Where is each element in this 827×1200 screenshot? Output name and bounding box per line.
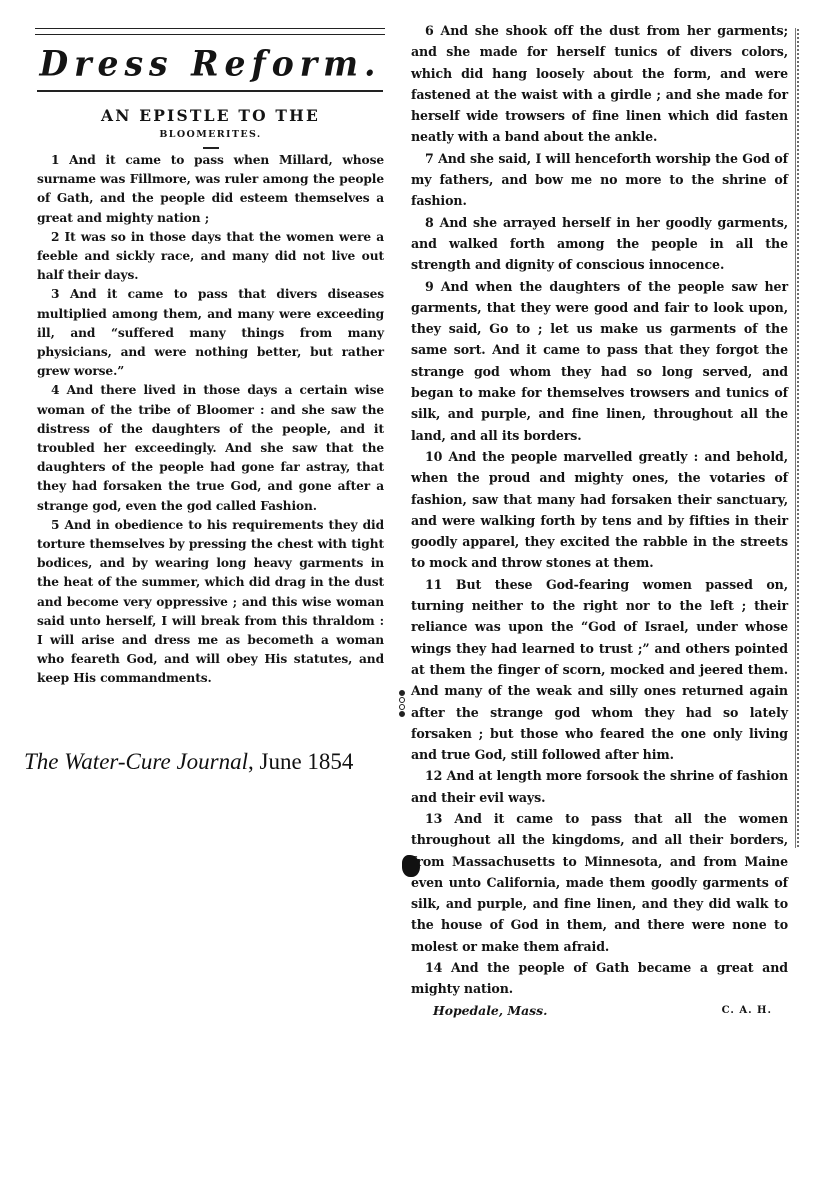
verse-6: 6 And she shook off the dust from her ga…: [411, 20, 788, 148]
newspaper-page: Dress Reform. AN EPISTLE TO THE BLOOMERI…: [0, 0, 827, 1200]
publication-date: , June 1854: [248, 749, 353, 774]
journal-name: The Water-Cure Journal: [24, 749, 248, 774]
column-border-ornament: [795, 28, 800, 848]
verse-3: 3 And it came to pass that divers diseas…: [37, 285, 384, 381]
ink-blot: [402, 855, 420, 877]
verse-2: 2 It was so in those days that the women…: [37, 228, 384, 286]
verse-5: 5 And in obedience to his requirements t…: [37, 516, 384, 689]
article-subtitle: BLOOMERITES.: [37, 129, 384, 140]
header-rule: [37, 90, 383, 92]
verse-9: 9 And when the daughters of the people s…: [411, 276, 788, 446]
verse-10: 10 And the people marvelled greatly : an…: [411, 446, 788, 574]
signoff: Hopedale, Mass. C. A. H.: [411, 1000, 788, 1021]
verse-14: 14 And the people of Gath became a great…: [411, 957, 788, 1000]
column-ornament-icon: [398, 690, 406, 730]
masthead-title: Dress Reform.: [37, 41, 384, 87]
verse-1: 1 And it came to pass when Millard, whos…: [37, 151, 384, 228]
signoff-initials: C. A. H.: [722, 1000, 772, 1021]
verse-7: 7 And she said, I will henceforth worshi…: [411, 148, 788, 212]
header-double-rule: [35, 28, 385, 35]
verse-13: 13 And it came to pass that all the wome…: [411, 808, 788, 957]
source-caption: The Water-Cure Journal, June 1854: [24, 749, 353, 775]
verse-12: 12 And at length more forsook the shrine…: [411, 765, 788, 808]
verse-8: 8 And she arrayed herself in her goodly …: [411, 212, 788, 276]
left-column: Dress Reform. AN EPISTLE TO THE BLOOMERI…: [37, 28, 384, 689]
article-title: AN EPISTLE TO THE: [37, 106, 384, 125]
title-dash: [203, 147, 219, 149]
signoff-place: Hopedale, Mass.: [433, 1000, 547, 1021]
right-column: 6 And she shook off the dust from her ga…: [411, 20, 788, 1021]
verse-11: 11 But these God-fearing women passed on…: [411, 574, 788, 766]
verse-4: 4 And there lived in those days a certai…: [37, 381, 384, 515]
